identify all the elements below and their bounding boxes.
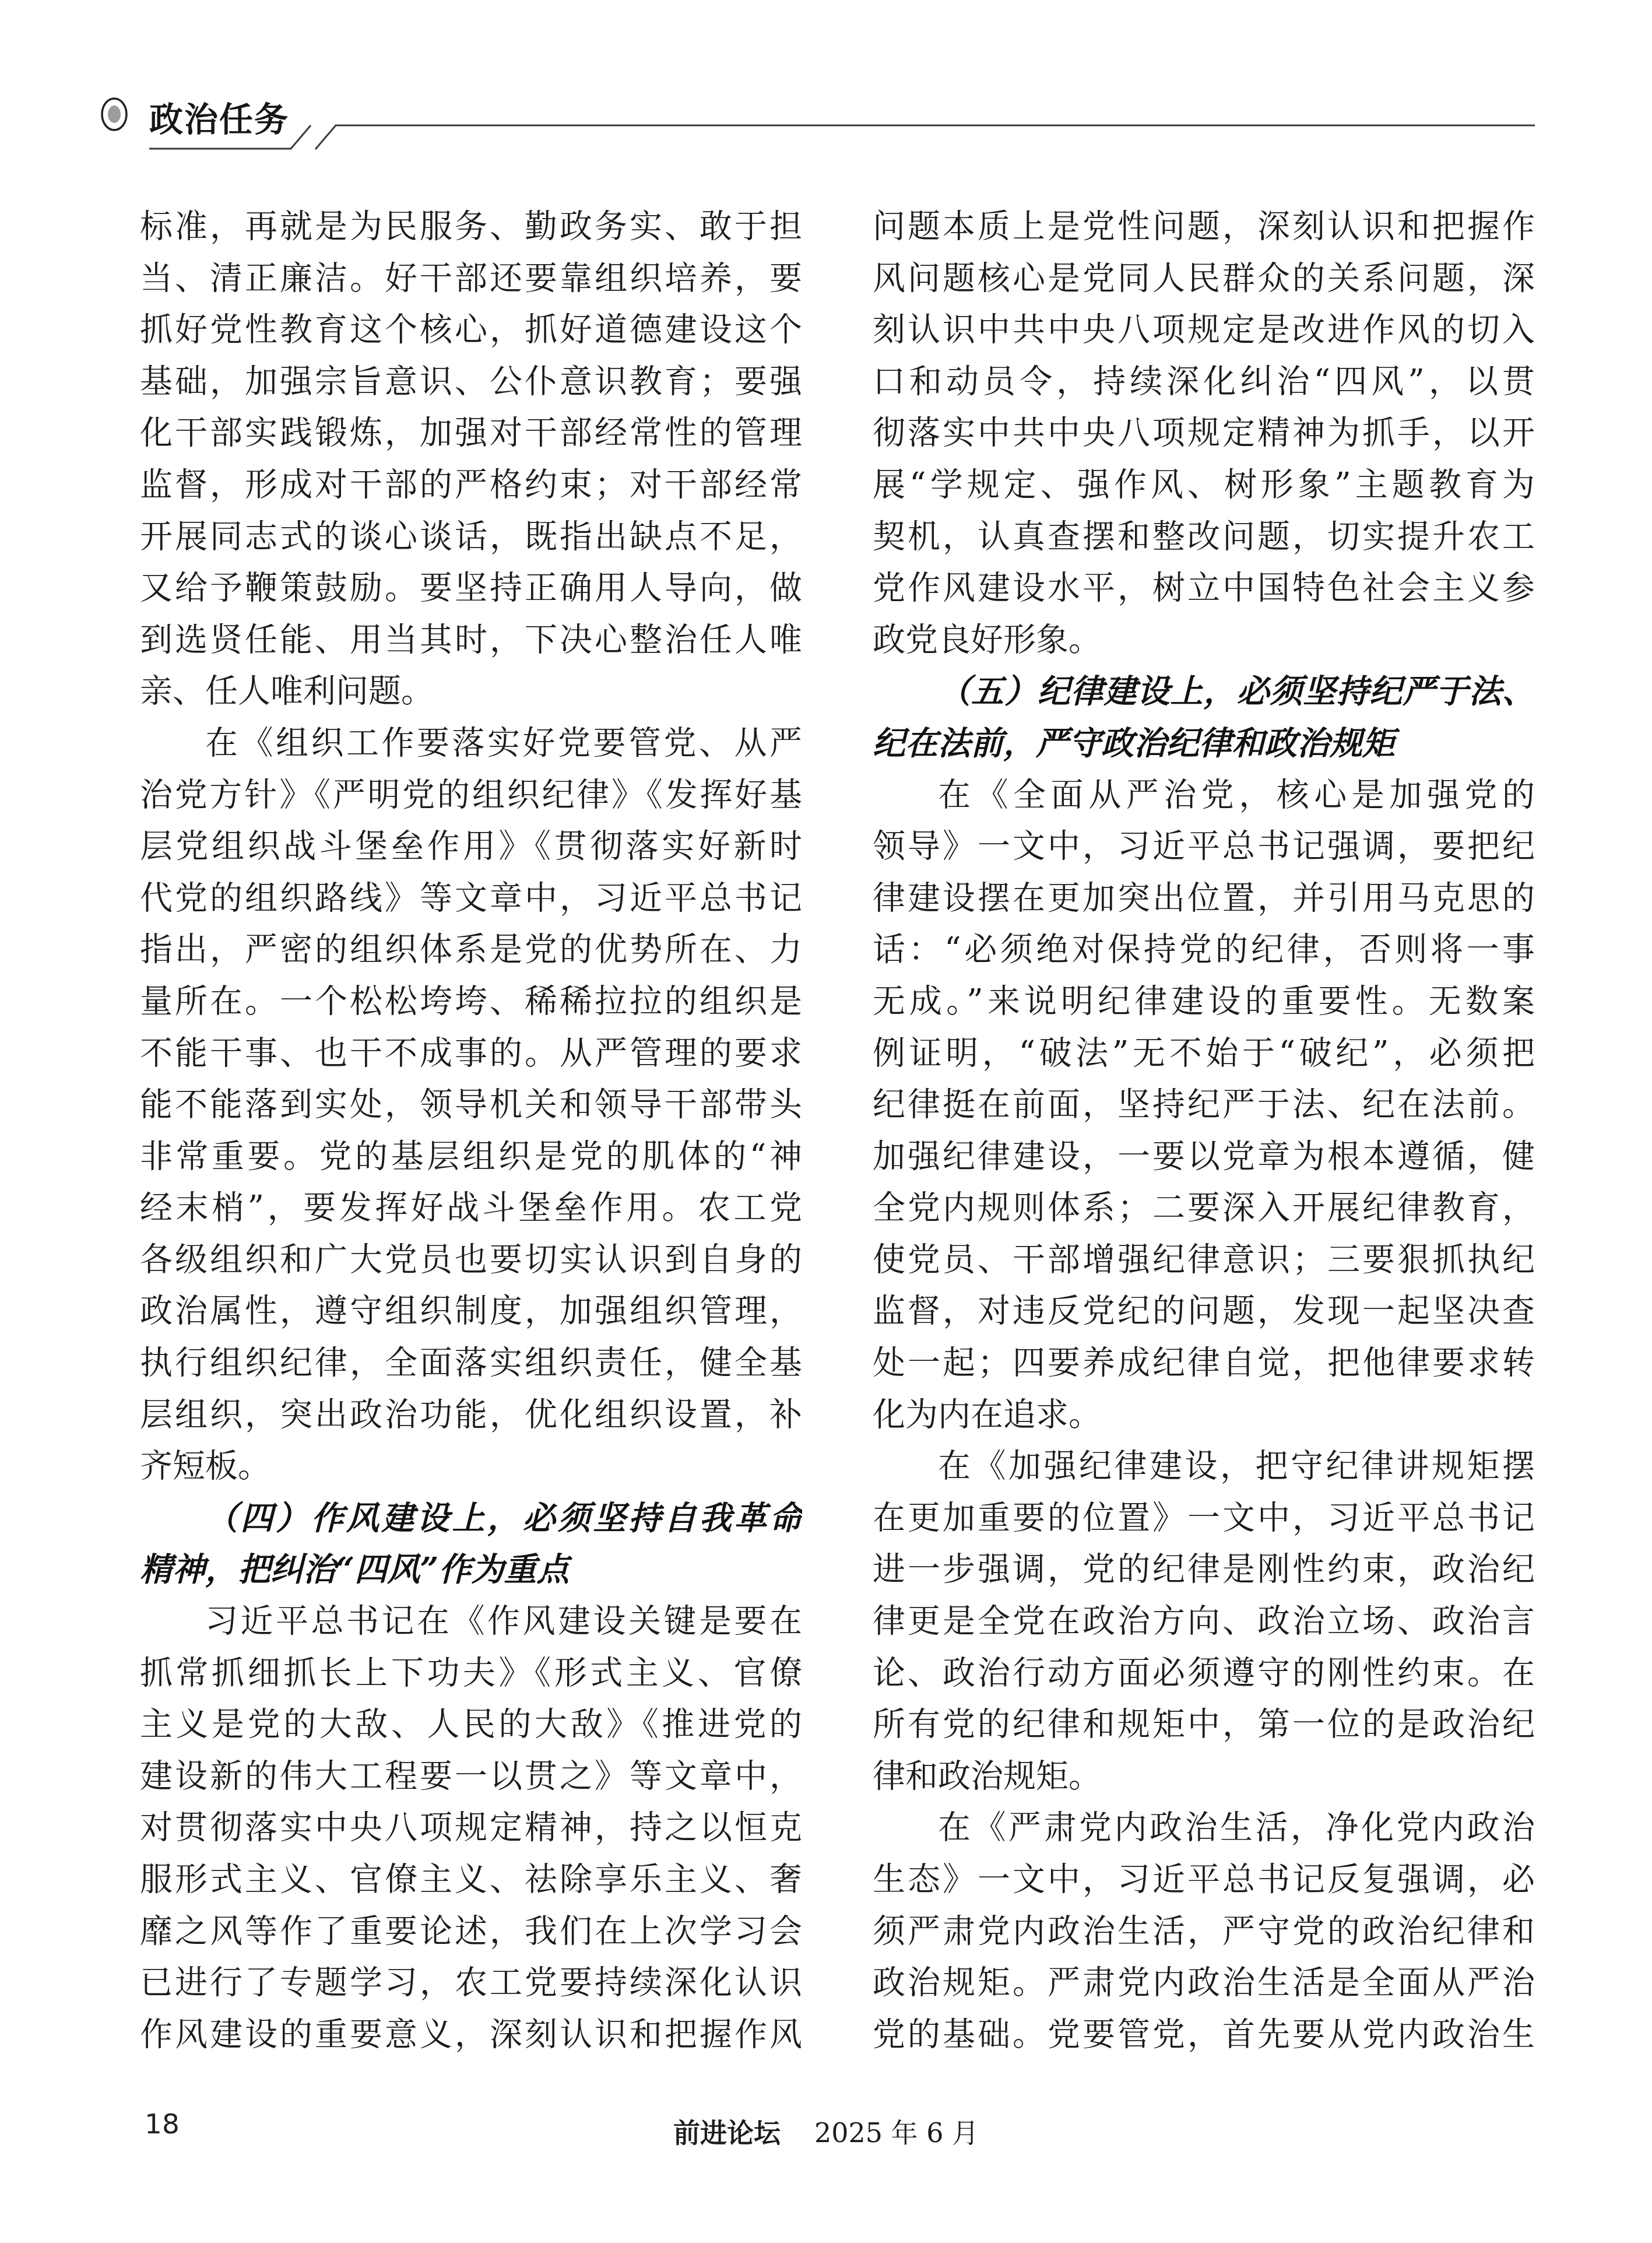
text-line: 抓常抓细抓长上下功夫》《形式主义、官僚 bbox=[140, 1648, 802, 1700]
text-line: 进一步强调，党的纪律是刚性约束，政治纪 bbox=[873, 1544, 1535, 1596]
text-line: 作风建设的重要意义，深刻认识和把握作风 bbox=[140, 2009, 802, 2061]
text-line: 能不能落到实处，领导机关和领导干部带头 bbox=[140, 1079, 802, 1131]
text-line: 对贯彻落实中央八项规定精神，持之以恒克 bbox=[140, 1802, 802, 1854]
text-line: 各级组织和广大党员也要切实认识到自身的 bbox=[140, 1234, 802, 1286]
text-line: 须严肃党内政治生活，严守党的政治纪律和 bbox=[873, 1906, 1535, 1958]
text-line: 无成。”来说明纪律建设的重要性。无数案 bbox=[873, 976, 1535, 1028]
text-line: 纪律挺在前面，坚持纪严于法、纪在法前。 bbox=[873, 1079, 1535, 1131]
text-line: 抓好党性教育这个核心，抓好道德建设这个 bbox=[140, 304, 802, 356]
text-line: 靡之风等作了重要论述，我们在上次学习会 bbox=[140, 1906, 802, 1958]
text-line: 全党内规则体系；二要深入开展纪律教育， bbox=[873, 1182, 1535, 1234]
text-line: （五）纪律建设上，必须坚持纪严于法、 bbox=[873, 666, 1535, 718]
text-line: 当、清正廉洁。好干部还要靠组织培养，要 bbox=[140, 253, 802, 305]
text-line: 不能干事、也干不成事的。从严管理的要求 bbox=[140, 1028, 802, 1080]
text-line: 代党的组织路线》等文章中，习近平总书记 bbox=[140, 873, 802, 925]
text-line: 使党员、干部增强纪律意识；三要狠抓执纪 bbox=[873, 1234, 1535, 1286]
right-column: 问题本质上是党性问题，深刻认识和把握作风问题核心是党同人民群众的关系问题，深刻认… bbox=[873, 201, 1535, 2061]
text-line: 政治属性，遵守组织制度，加强组织管理， bbox=[140, 1286, 802, 1338]
text-line: 非常重要。党的基层组织是党的肌体的“神 bbox=[140, 1131, 802, 1183]
text-line: 化干部实践锻炼，加强对干部经常性的管理 bbox=[140, 408, 802, 459]
text-line: 层组织，突出政治功能，优化组织设置，补 bbox=[140, 1389, 802, 1441]
text-line: 生态》一文中，习近平总书记反复强调，必 bbox=[873, 1854, 1535, 1906]
footer-center: 前进论坛 2025 年 6 月 bbox=[0, 2112, 1652, 2150]
text-line: 主义是党的大敌、人民的大敌》《推进党的 bbox=[140, 1699, 802, 1751]
text-line: 基础，加强宗旨意识、公仆意识教育；要强 bbox=[140, 356, 802, 408]
text-line: 论、政治行动方面必须遵守的刚性约束。在 bbox=[873, 1648, 1535, 1700]
journal-name: 前进论坛 bbox=[673, 2112, 781, 2150]
text-line: 亲、任人唯利问题。 bbox=[140, 666, 802, 718]
text-line: 在《加强纪律建设，把守纪律讲规矩摆 bbox=[873, 1441, 1535, 1493]
text-line: 指出，严密的组织体系是党的优势所在、力 bbox=[140, 924, 802, 976]
text-line: 精神，把纠治“四风”作为重点 bbox=[140, 1544, 802, 1596]
text-line: 到选贤任能、用当其时，下决心整治任人唯 bbox=[140, 615, 802, 666]
text-line: 又给予鞭策鼓励。要坚持正确用人导向，做 bbox=[140, 563, 802, 615]
text-line: 齐短板。 bbox=[140, 1441, 802, 1493]
text-line: 化为内在追求。 bbox=[873, 1389, 1535, 1441]
text-line: 律和政治规矩。 bbox=[873, 1751, 1535, 1803]
text-line: 领导》一文中，习近平总书记强调，要把纪 bbox=[873, 821, 1535, 873]
text-line: 契机，认真查摆和整改问题，切实提升农工 bbox=[873, 511, 1535, 563]
text-line: 建设新的伟大工程要一以贯之》等文章中， bbox=[140, 1751, 802, 1803]
text-line: 政治规矩。严肃党内政治生活是全面从严治 bbox=[873, 1957, 1535, 2009]
text-line: 经末梢”，要发挥好战斗堡垒作用。农工党 bbox=[140, 1182, 802, 1234]
text-line: 治党方针》《严明党的组织纪律》《发挥好基 bbox=[140, 770, 802, 822]
text-line: 已进行了专题学习，农工党要持续深化认识 bbox=[140, 1957, 802, 2009]
text-line: （四）作风建设上，必须坚持自我革命 bbox=[140, 1493, 802, 1545]
text-line: 在《组织工作要落实好党要管党、从严 bbox=[140, 718, 802, 770]
text-line: 政党良好形象。 bbox=[873, 615, 1535, 666]
text-line: 加强纪律建设，一要以党章为根本遵循，健 bbox=[873, 1131, 1535, 1183]
magazine-page: 政治任务 标准，再就是为民服务、勤政务实、敢于担当、清正廉洁。好干部还要靠组织培… bbox=[0, 0, 1652, 2243]
text-line: 口和动员令，持续深化纠治“四风”，以贯 bbox=[873, 356, 1535, 408]
text-line: 党的基础。党要管党，首先要从党内政治生 bbox=[873, 2009, 1535, 2061]
text-line: 处一起；四要养成纪律自觉，把他律要求转 bbox=[873, 1338, 1535, 1389]
text-line: 在《严肃党内政治生活，净化党内政治 bbox=[873, 1802, 1535, 1854]
text-line: 量所在。一个松松垮垮、稀稀拉拉的组织是 bbox=[140, 976, 802, 1028]
text-line: 执行组织纪律，全面落实组织责任，健全基 bbox=[140, 1338, 802, 1389]
text-line: 律建设摆在更加突出位置，并引用马克思的 bbox=[873, 873, 1535, 925]
text-line: 监督，对违反党纪的问题，发现一起坚决查 bbox=[873, 1286, 1535, 1338]
text-line: 展“学规定、强作风、树形象”主题教育为 bbox=[873, 459, 1535, 511]
text-line: 党作风建设水平，树立中国特色社会主义参 bbox=[873, 563, 1535, 615]
left-column: 标准，再就是为民服务、勤政务实、敢于担当、清正廉洁。好干部还要靠组织培养，要抓好… bbox=[140, 201, 802, 2061]
text-line: 风问题核心是党同人民群众的关系问题，深 bbox=[873, 253, 1535, 305]
text-line: 在更加重要的位置》一文中，习近平总书记 bbox=[873, 1493, 1535, 1545]
text-line: 开展同志式的谈心谈话，既指出缺点不足， bbox=[140, 511, 802, 563]
text-line: 话：“必须绝对保持党的纪律，否则将一事 bbox=[873, 924, 1535, 976]
text-line: 层党组织战斗堡垒作用》《贯彻落实好新时 bbox=[140, 821, 802, 873]
text-line: 问题本质上是党性问题，深刻认识和把握作 bbox=[873, 201, 1535, 253]
text-line: 习近平总书记在《作风建设关键是要在 bbox=[140, 1596, 802, 1648]
text-line: 刻认识中共中央八项规定是改进作风的切入 bbox=[873, 304, 1535, 356]
text-line: 标准，再就是为民服务、勤政务实、敢于担 bbox=[140, 201, 802, 253]
header-divider-line bbox=[0, 0, 1652, 175]
issue-date: 2025 年 6 月 bbox=[814, 2112, 979, 2150]
text-line: 例证明，“破法”无不始于“破纪”，必须把 bbox=[873, 1028, 1535, 1080]
text-line: 纪在法前，严守政治纪律和政治规矩 bbox=[873, 718, 1535, 770]
text-line: 在《全面从严治党，核心是加强党的 bbox=[873, 770, 1535, 822]
text-line: 彻落实中共中央八项规定精神为抓手，以开 bbox=[873, 408, 1535, 459]
text-line: 监督，形成对干部的严格约束；对干部经常 bbox=[140, 459, 802, 511]
text-line: 律更是全党在政治方向、政治立场、政治言 bbox=[873, 1596, 1535, 1648]
text-line: 服形式主义、官僚主义、祛除享乐主义、奢 bbox=[140, 1854, 802, 1906]
text-line: 所有党的纪律和规矩中，第一位的是政治纪 bbox=[873, 1699, 1535, 1751]
